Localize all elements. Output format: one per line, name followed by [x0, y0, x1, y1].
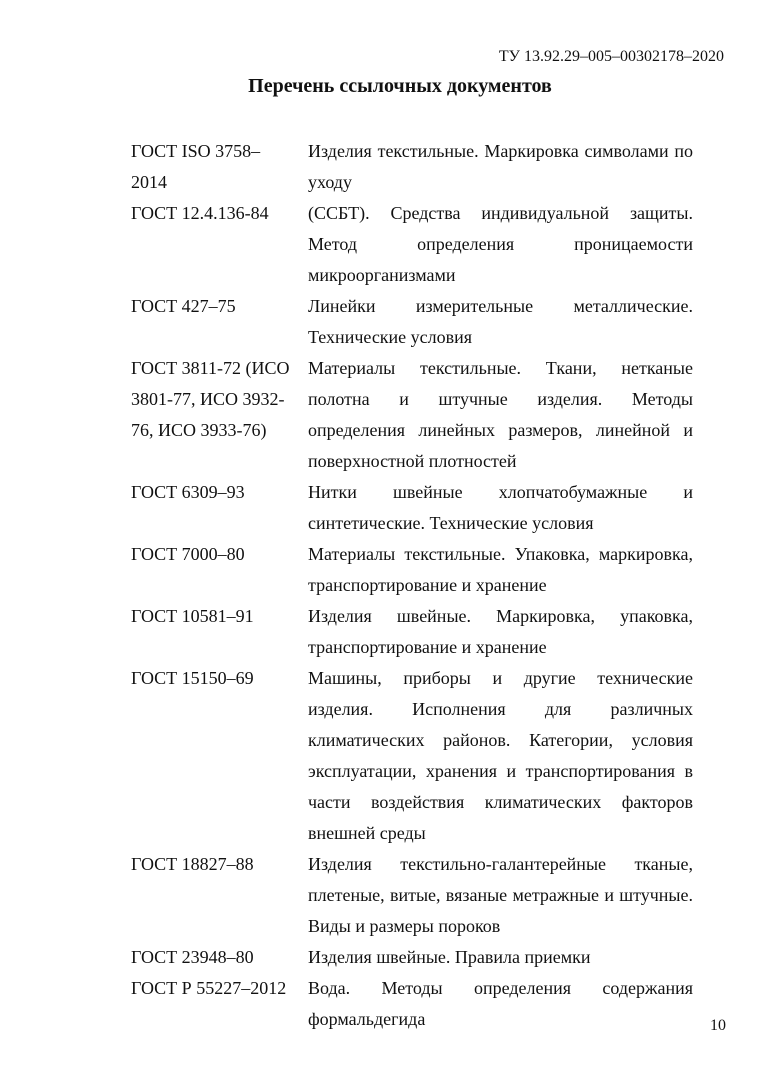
- document-code-header: ТУ 13.92.29–005–00302178–2020: [499, 47, 724, 67]
- reference-row: ГОСТ 7000–80 Материалы текстильные. Упак…: [131, 539, 693, 601]
- reference-code: ГОСТ 6309–93: [131, 477, 308, 508]
- reference-title: Машины, приборы и другие технические изд…: [308, 663, 693, 849]
- reference-code: ГОСТ 23948–80: [131, 942, 308, 973]
- reference-row: ГОСТ 18827–88 Изделия текстильно-галанте…: [131, 849, 693, 942]
- reference-title: Изделия швейные. Правила приемки: [308, 942, 693, 973]
- reference-code: ГОСТ Р 55227–2012: [131, 973, 308, 1004]
- reference-title: (ССБТ). Средства индивидуальной защиты. …: [308, 198, 693, 291]
- reference-title: Изделия текстильные. Маркировка символам…: [308, 136, 693, 198]
- reference-row: ГОСТ 23948–80 Изделия швейные. Правила п…: [131, 942, 693, 973]
- reference-row: ГОСТ 427–75 Линейки измерительные металл…: [131, 291, 693, 353]
- reference-code: ГОСТ 15150–69: [131, 663, 308, 694]
- reference-code: ГОСТ 3811-72 (ИСО 3801-77, ИСО 3932- 76,…: [131, 353, 308, 446]
- reference-title: Вода. Методы определения содержания форм…: [308, 973, 693, 1035]
- reference-code: ГОСТ 7000–80: [131, 539, 308, 570]
- reference-title: Нитки швейные хлопчатобумажные и синтети…: [308, 477, 693, 539]
- reference-code: ГОСТ 18827–88: [131, 849, 308, 880]
- reference-row: ГОСТ Р 55227–2012 Вода. Методы определен…: [131, 973, 693, 1035]
- reference-row: ГОСТ 3811-72 (ИСО 3801-77, ИСО 3932- 76,…: [131, 353, 693, 477]
- reference-code: ГОСТ ISO 3758– 2014: [131, 136, 308, 198]
- reference-row: ГОСТ 12.4.136-84 (ССБТ). Средства индиви…: [131, 198, 693, 291]
- page-number: 10: [710, 1016, 726, 1036]
- reference-title: Изделия швейные. Маркировка, упаковка, т…: [308, 601, 693, 663]
- reference-row: ГОСТ 10581–91 Изделия швейные. Маркировк…: [131, 601, 693, 663]
- reference-title: Изделия текстильно-галантерейные тканые,…: [308, 849, 693, 942]
- reference-code: ГОСТ 427–75: [131, 291, 308, 322]
- reference-title: Материалы текстильные. Упаковка, маркиро…: [308, 539, 693, 601]
- reference-title: Материалы текстильные. Ткани, нетканые п…: [308, 353, 693, 477]
- reference-code: ГОСТ 10581–91: [131, 601, 308, 632]
- reference-code: ГОСТ 12.4.136-84: [131, 198, 308, 229]
- reference-row: ГОСТ 15150–69 Машины, приборы и другие т…: [131, 663, 693, 849]
- reference-list: ГОСТ ISO 3758– 2014 Изделия текстильные.…: [131, 136, 693, 1035]
- reference-row: ГОСТ ISO 3758– 2014 Изделия текстильные.…: [131, 136, 693, 198]
- reference-row: ГОСТ 6309–93 Нитки швейные хлопчатобумаж…: [131, 477, 693, 539]
- reference-title: Линейки измерительные металлические. Тех…: [308, 291, 693, 353]
- page-title: Перечень ссылочных документов: [0, 73, 764, 99]
